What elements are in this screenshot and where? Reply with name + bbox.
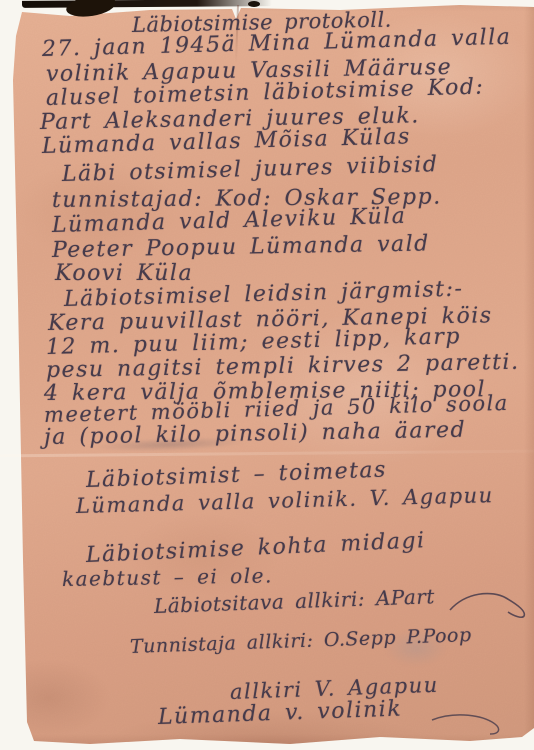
handwritten-line: Koovi Küla xyxy=(55,263,193,285)
scanner-dark-band xyxy=(22,0,272,8)
handwritten-line: kaebtust – ei ole. xyxy=(62,565,273,589)
scanned-document: Läbiotsimise protokoll. 27. jaan 1945ä M… xyxy=(0,0,534,750)
scanner-dark-speck xyxy=(248,1,260,7)
